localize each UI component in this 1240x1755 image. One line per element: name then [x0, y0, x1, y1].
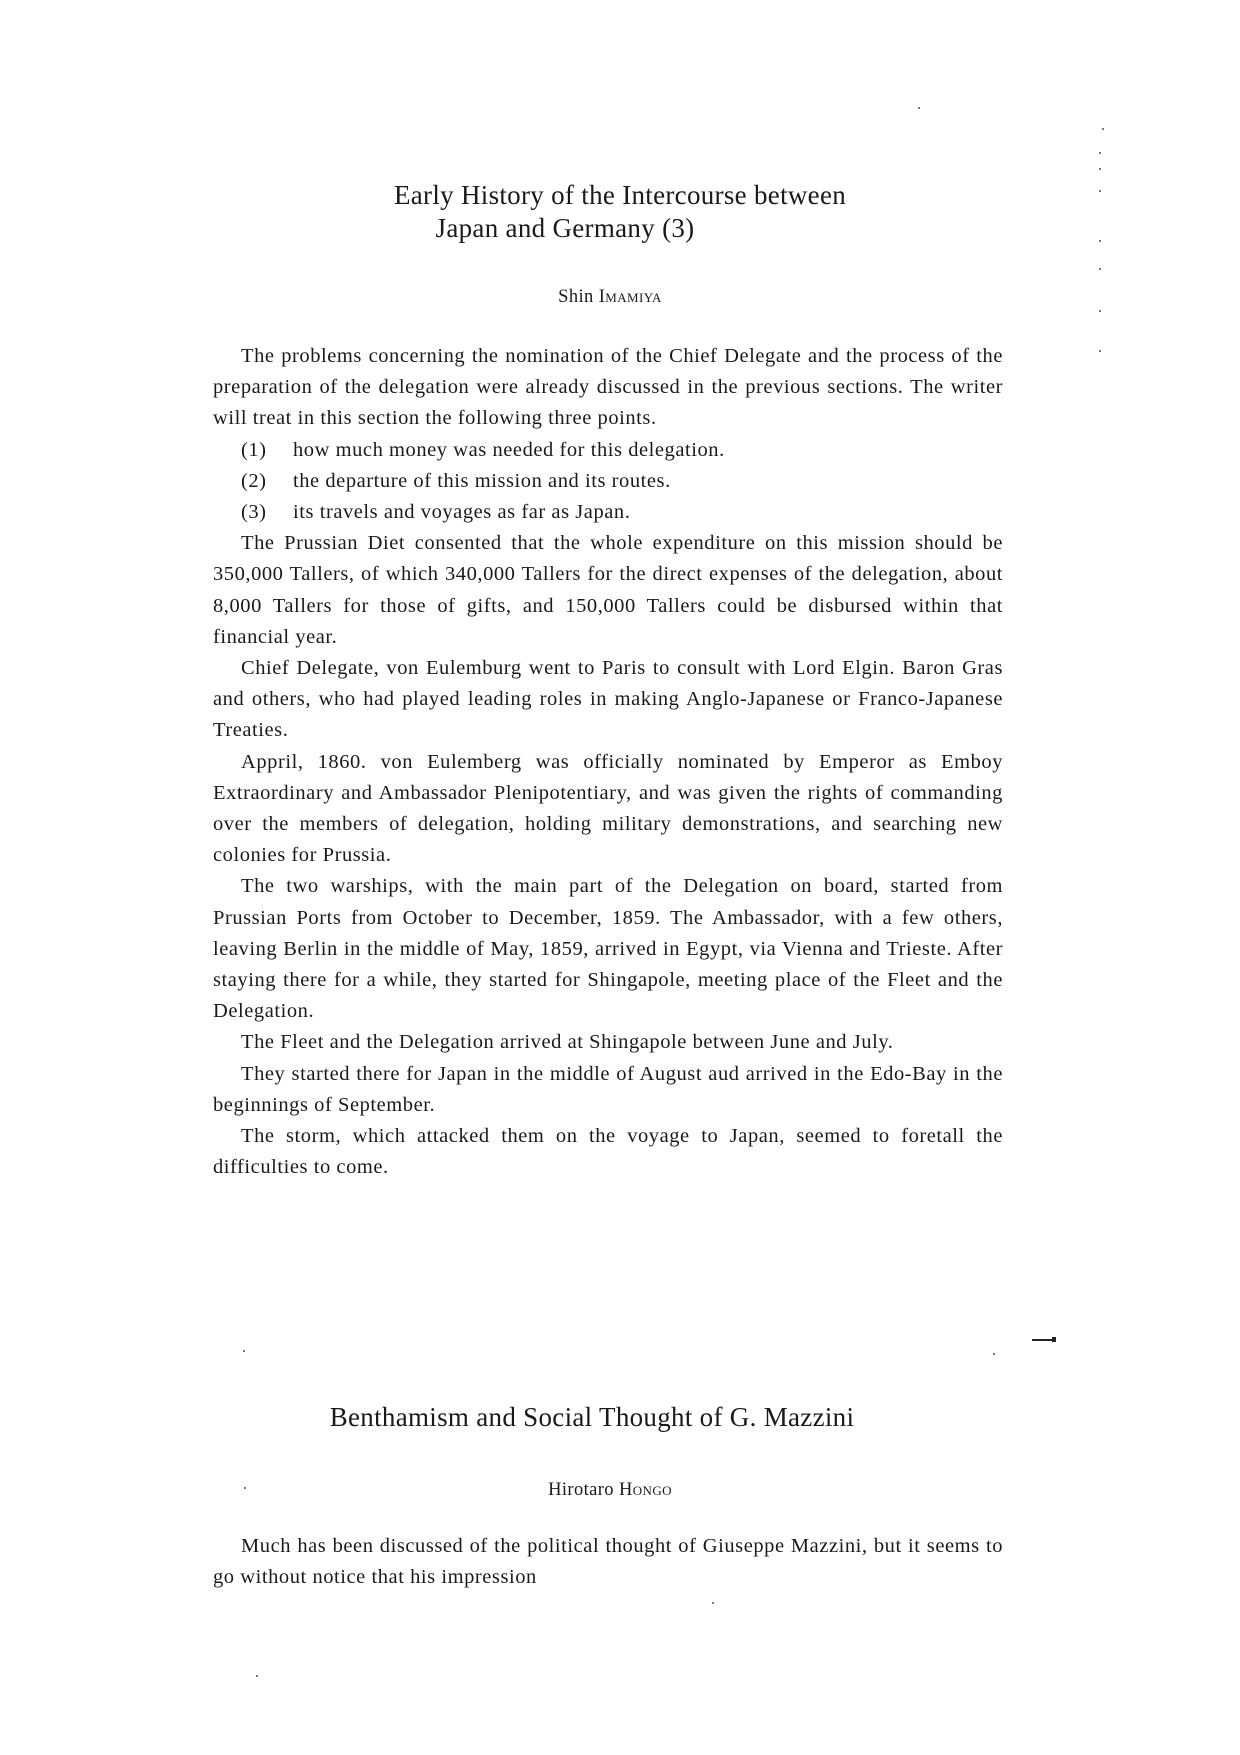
point-number: (1)	[241, 435, 293, 466]
scan-speck	[1099, 240, 1101, 242]
article1-paragraph-expenditure: The Prussian Diet consented that the who…	[213, 528, 1003, 653]
article1-title-line1: Early History of the Intercourse between	[0, 180, 1240, 211]
point-text: how much money was needed for this deleg…	[293, 439, 725, 461]
article1-point-3: (3)its travels and voyages as far as Jap…	[213, 497, 1003, 528]
scan-speck	[1099, 350, 1101, 352]
article1-paragraph-nomination: Appril, 1860. von Eulemberg was official…	[213, 747, 1003, 872]
point-text: the departure of this mission and its ro…	[293, 470, 671, 492]
article1-intro: The problems concerning the nomination o…	[213, 341, 1003, 435]
article2-author-family: Hongo	[619, 1480, 672, 1500]
scan-speck	[918, 107, 920, 109]
article1-author-given: Shin	[558, 287, 594, 307]
article1-body: The problems concerning the nomination o…	[213, 341, 1003, 1183]
article2-body: Much has been discussed of the political…	[213, 1531, 1003, 1593]
article1-author: Shin Imamiya	[0, 287, 1230, 308]
point-text: its travels and voyages as far as Japan.	[293, 501, 630, 523]
article2-author-given: Hirotaro	[548, 1480, 614, 1500]
scan-speck	[244, 1487, 246, 1489]
article1-paragraph-shingapole: The Fleet and the Delegation arrived at …	[213, 1027, 1003, 1058]
article1-point-1: (1)how much money was needed for this de…	[213, 435, 1003, 466]
scan-speck	[993, 1353, 995, 1355]
document-page: Early History of the Intercourse between…	[0, 0, 1240, 1755]
article2-paragraph-1: Much has been discussed of the political…	[213, 1531, 1003, 1593]
point-number: (3)	[241, 497, 293, 528]
article1-title-line2: Japan and Germany (3)	[0, 213, 1185, 244]
scan-speck	[712, 1602, 714, 1604]
article1-paragraph-warships: The two warships, with the main part of …	[213, 871, 1003, 1027]
point-number: (2)	[241, 466, 293, 497]
scan-speck	[1099, 190, 1101, 192]
scan-speck	[1099, 310, 1101, 312]
scan-speck	[243, 1350, 245, 1352]
scan-speck	[1102, 128, 1104, 130]
article2-author: Hirotaro Hongo	[0, 1480, 1230, 1501]
scan-speck	[256, 1675, 258, 1677]
margin-arrow-mark	[1032, 1339, 1054, 1341]
article1-author-family: Imamiya	[599, 287, 662, 307]
article1-paragraph-storm: The storm, which attacked them on the vo…	[213, 1121, 1003, 1183]
scan-speck	[1099, 268, 1101, 270]
scan-speck	[1099, 152, 1101, 154]
article1-paragraph-paris: Chief Delegate, von Eulemburg went to Pa…	[213, 653, 1003, 747]
article1-point-2: (2)the departure of this mission and its…	[213, 466, 1003, 497]
scan-speck	[1099, 168, 1101, 170]
article2-title: Benthamism and Social Thought of G. Mazz…	[0, 1402, 1212, 1433]
article1-paragraph-edo-bay: They started there for Japan in the midd…	[213, 1059, 1003, 1121]
